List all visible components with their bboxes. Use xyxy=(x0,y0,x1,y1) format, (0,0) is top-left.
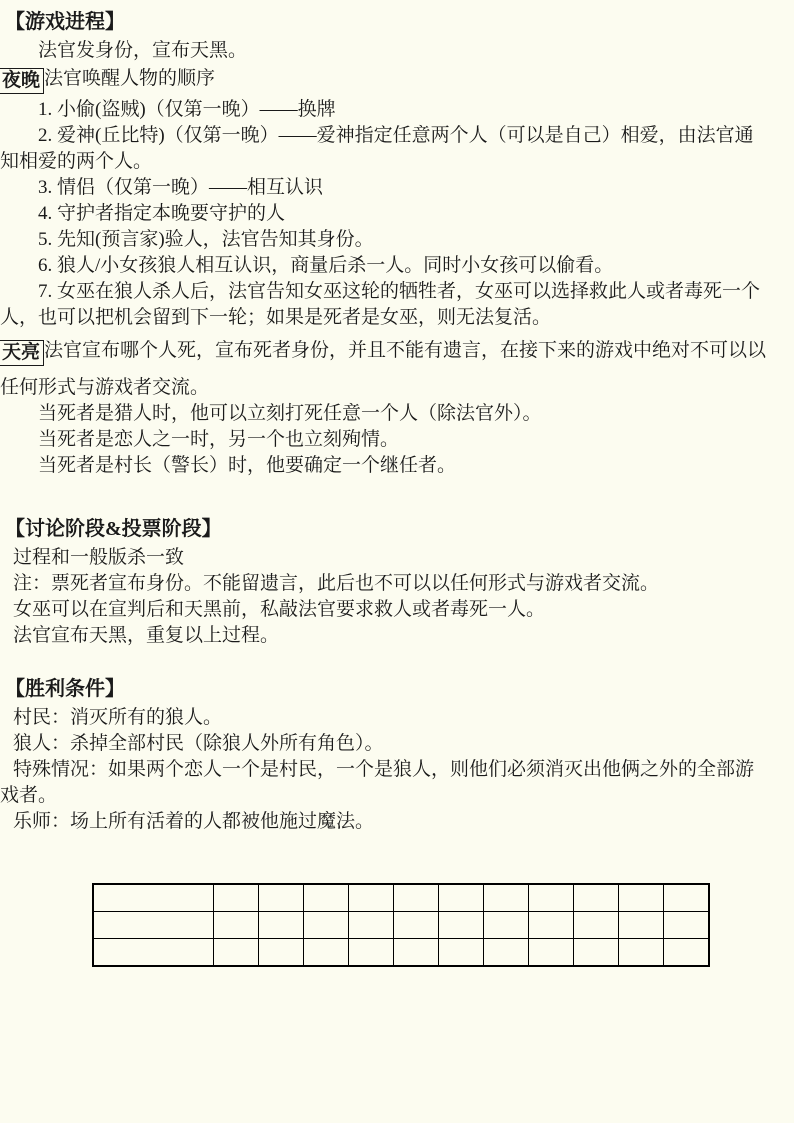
text-line: 当死者是村长（警长）时，他要确定一个继任者。 xyxy=(0,453,794,479)
line-text: 当死者是恋人之一时，另一个也立刻殉情。 xyxy=(38,429,399,450)
discussion-lines: 过程和一般版杀一致注：票死者宣布身份。不能留遗言，此后也不可以以任何形式与游戏者… xyxy=(0,545,794,649)
table-row xyxy=(93,884,709,912)
table-cell xyxy=(93,884,214,912)
line-text: 狼人：杀掉全部村民（除狼人外所有角色）。 xyxy=(13,733,384,754)
table-cell xyxy=(484,939,529,967)
phase-label-box: 夜晚 xyxy=(0,68,44,94)
table-cell xyxy=(439,939,484,967)
role-count-table-body xyxy=(93,884,709,966)
table-cell xyxy=(484,884,529,912)
table-row xyxy=(93,939,709,967)
table-cell xyxy=(529,912,574,939)
table-cell xyxy=(259,912,304,939)
table-cell xyxy=(349,884,394,912)
section-heading-victory-conditions: 【胜利条件】 xyxy=(5,675,794,703)
text-line: 女巫可以在宣判后和天黑前，私敲法官要求救人或者毒死一人。 xyxy=(0,597,794,623)
phase-label-box: 天亮 xyxy=(0,340,44,366)
line-text: 村民：消灭所有的狼人。 xyxy=(13,707,222,728)
line-text: 4. 守护者指定本晚要守护的人 xyxy=(38,203,285,224)
section-discussion-vote: 【讨论阶段&投票阶段】 过程和一般版杀一致注：票死者宣布身份。不能留遗言，此后也… xyxy=(0,515,794,649)
line-text: 6. 狼人/小女孩狼人相互认识，商量后杀一人。同时小女孩可以偷看。 xyxy=(38,255,613,276)
line-text: 女巫可以在宣判后和天黑前，私敲法官要求救人或者毒死一人。 xyxy=(13,599,545,620)
table-cell xyxy=(619,884,664,912)
line-text: 乐师：场上所有活着的人都被他施过魔法。 xyxy=(13,811,374,832)
line-text: 过程和一般版杀一致 xyxy=(13,547,184,568)
section-heading-discussion-vote: 【讨论阶段&投票阶段】 xyxy=(5,515,794,543)
line-text: 知相爱的两个人。 xyxy=(0,151,152,172)
line-text: 5. 先知(预言家)验人，法官告知其身份。 xyxy=(38,229,374,250)
table-cell xyxy=(304,939,349,967)
line-text: 特殊情况：如果两个恋人一个是村民，一个是狼人，则他们必须消灭出他俩之外的全部游 xyxy=(13,759,754,780)
text-line: 3. 情侣（仅第一晚）——相互认识 xyxy=(0,175,794,201)
section-heading-game-process: 【游戏进程】 xyxy=(5,8,794,36)
text-line: 6. 狼人/小女孩狼人相互认识，商量后杀一人。同时小女孩可以偷看。 xyxy=(0,253,794,279)
table-cell xyxy=(664,884,710,912)
table-cell xyxy=(93,939,214,967)
table-cell xyxy=(619,939,664,967)
text-line: 乐师：场上所有活着的人都被他施过魔法。 xyxy=(0,809,794,835)
table-cell xyxy=(214,912,259,939)
text-line: 5. 先知(预言家)验人，法官告知其身份。 xyxy=(0,227,794,253)
table-cell xyxy=(349,939,394,967)
text-line: 戏者。 xyxy=(0,783,794,809)
line-text: 注：票死者宣布身份。不能留遗言，此后也不可以以任何形式与游戏者交流。 xyxy=(13,573,659,594)
table-cell xyxy=(619,912,664,939)
text-line: 1. 小偷(盗贼)（仅第一晚）——换牌 xyxy=(0,97,794,123)
line-text: 法官宣布哪个人死，宣布死者身份，并且不能有遗言，在接下来的游戏中绝对不可以以 xyxy=(44,340,766,361)
table-cell xyxy=(484,912,529,939)
text-line: 当死者是猎人时，他可以立刻打死任意一个人（除法官外）。 xyxy=(0,401,794,427)
text-line: 2. 爱神(丘比特)（仅第一晚）——爱神指定任意两个人（可以是自己）相爱，由法官… xyxy=(0,123,794,149)
table-cell xyxy=(529,939,574,967)
table-cell xyxy=(259,884,304,912)
line-text: 2. 爱神(丘比特)（仅第一晚）——爱神指定任意两个人（可以是自己）相爱，由法官… xyxy=(38,125,754,146)
text-line: 法官宣布天黑，重复以上过程。 xyxy=(0,623,794,649)
document-page: 【游戏进程】 法官发身份，宣布天黑。夜晚法官唤醒人物的顺序1. 小偷(盗贼)（仅… xyxy=(0,0,794,1123)
text-line: 知相爱的两个人。 xyxy=(0,149,794,175)
line-text: 当死者是猎人时，他可以立刻打死任意一个人（除法官外）。 xyxy=(38,403,542,424)
table-cell xyxy=(394,884,439,912)
table-cell xyxy=(439,912,484,939)
text-line: 村民：消灭所有的狼人。 xyxy=(0,705,794,731)
table-cell xyxy=(214,939,259,967)
role-count-table xyxy=(92,883,710,967)
table-cell xyxy=(214,884,259,912)
line-text: 人，也可以把机会留到下一轮；如果是死者是女巫，则无法复活。 xyxy=(0,307,551,328)
table-cell xyxy=(259,939,304,967)
text-line: 法官发身份，宣布天黑。 xyxy=(0,38,794,64)
text-line: 天亮法官宣布哪个人死，宣布死者身份，并且不能有遗言，在接下来的游戏中绝对不可以以 xyxy=(0,338,794,366)
table-cell xyxy=(664,912,710,939)
text-line: 过程和一般版杀一致 xyxy=(0,545,794,571)
text-line: 注：票死者宣布身份。不能留遗言，此后也不可以以任何形式与游戏者交流。 xyxy=(0,571,794,597)
line-text: 戏者。 xyxy=(0,785,57,806)
table-cell xyxy=(394,939,439,967)
table-cell xyxy=(529,884,574,912)
section-victory-conditions: 【胜利条件】 村民：消灭所有的狼人。狼人：杀掉全部村民（除狼人外所有角色）。特殊… xyxy=(0,675,794,835)
table-row xyxy=(93,912,709,939)
text-line: 狼人：杀掉全部村民（除狼人外所有角色）。 xyxy=(0,731,794,757)
table-cell xyxy=(93,912,214,939)
table-cell xyxy=(304,884,349,912)
table-cell xyxy=(574,939,619,967)
table-cell xyxy=(349,912,394,939)
table-cell xyxy=(304,912,349,939)
line-text: 1. 小偷(盗贼)（仅第一晚）——换牌 xyxy=(38,99,336,120)
line-text: 任何形式与游戏者交流。 xyxy=(0,377,209,398)
line-text: 法官宣布天黑，重复以上过程。 xyxy=(13,625,279,646)
text-line: 4. 守护者指定本晚要守护的人 xyxy=(0,201,794,227)
line-text: 当死者是村长（警长）时，他要确定一个继任者。 xyxy=(38,455,456,476)
table-cell xyxy=(439,884,484,912)
text-line: 特殊情况：如果两个恋人一个是村民，一个是狼人，则他们必须消灭出他俩之外的全部游 xyxy=(0,757,794,783)
text-line: 当死者是恋人之一时，另一个也立刻殉情。 xyxy=(0,427,794,453)
table-cell xyxy=(394,912,439,939)
line-text: 7. 女巫在狼人杀人后，法官告知女巫这轮的牺牲者，女巫可以选择救此人或者毒死一个 xyxy=(38,281,760,302)
line-text: 法官发身份，宣布天黑。 xyxy=(38,40,247,61)
game-process-lines: 法官发身份，宣布天黑。夜晚法官唤醒人物的顺序1. 小偷(盗贼)（仅第一晚）——换… xyxy=(0,38,794,479)
role-count-table-wrapper xyxy=(92,883,794,967)
text-line: 人，也可以把机会留到下一轮；如果是死者是女巫，则无法复活。 xyxy=(0,305,794,331)
table-cell xyxy=(664,939,710,967)
text-line: 夜晚法官唤醒人物的顺序 xyxy=(0,66,794,94)
text-line: 7. 女巫在狼人杀人后，法官告知女巫这轮的牺牲者，女巫可以选择救此人或者毒死一个 xyxy=(0,279,794,305)
line-text: 3. 情侣（仅第一晚）——相互认识 xyxy=(38,177,323,198)
table-cell xyxy=(574,912,619,939)
text-line: 任何形式与游戏者交流。 xyxy=(0,375,794,401)
line-text: 法官唤醒人物的顺序 xyxy=(44,68,215,89)
table-cell xyxy=(574,884,619,912)
section-game-process: 【游戏进程】 法官发身份，宣布天黑。夜晚法官唤醒人物的顺序1. 小偷(盗贼)（仅… xyxy=(0,8,794,479)
victory-lines: 村民：消灭所有的狼人。狼人：杀掉全部村民（除狼人外所有角色）。特殊情况：如果两个… xyxy=(0,705,794,835)
